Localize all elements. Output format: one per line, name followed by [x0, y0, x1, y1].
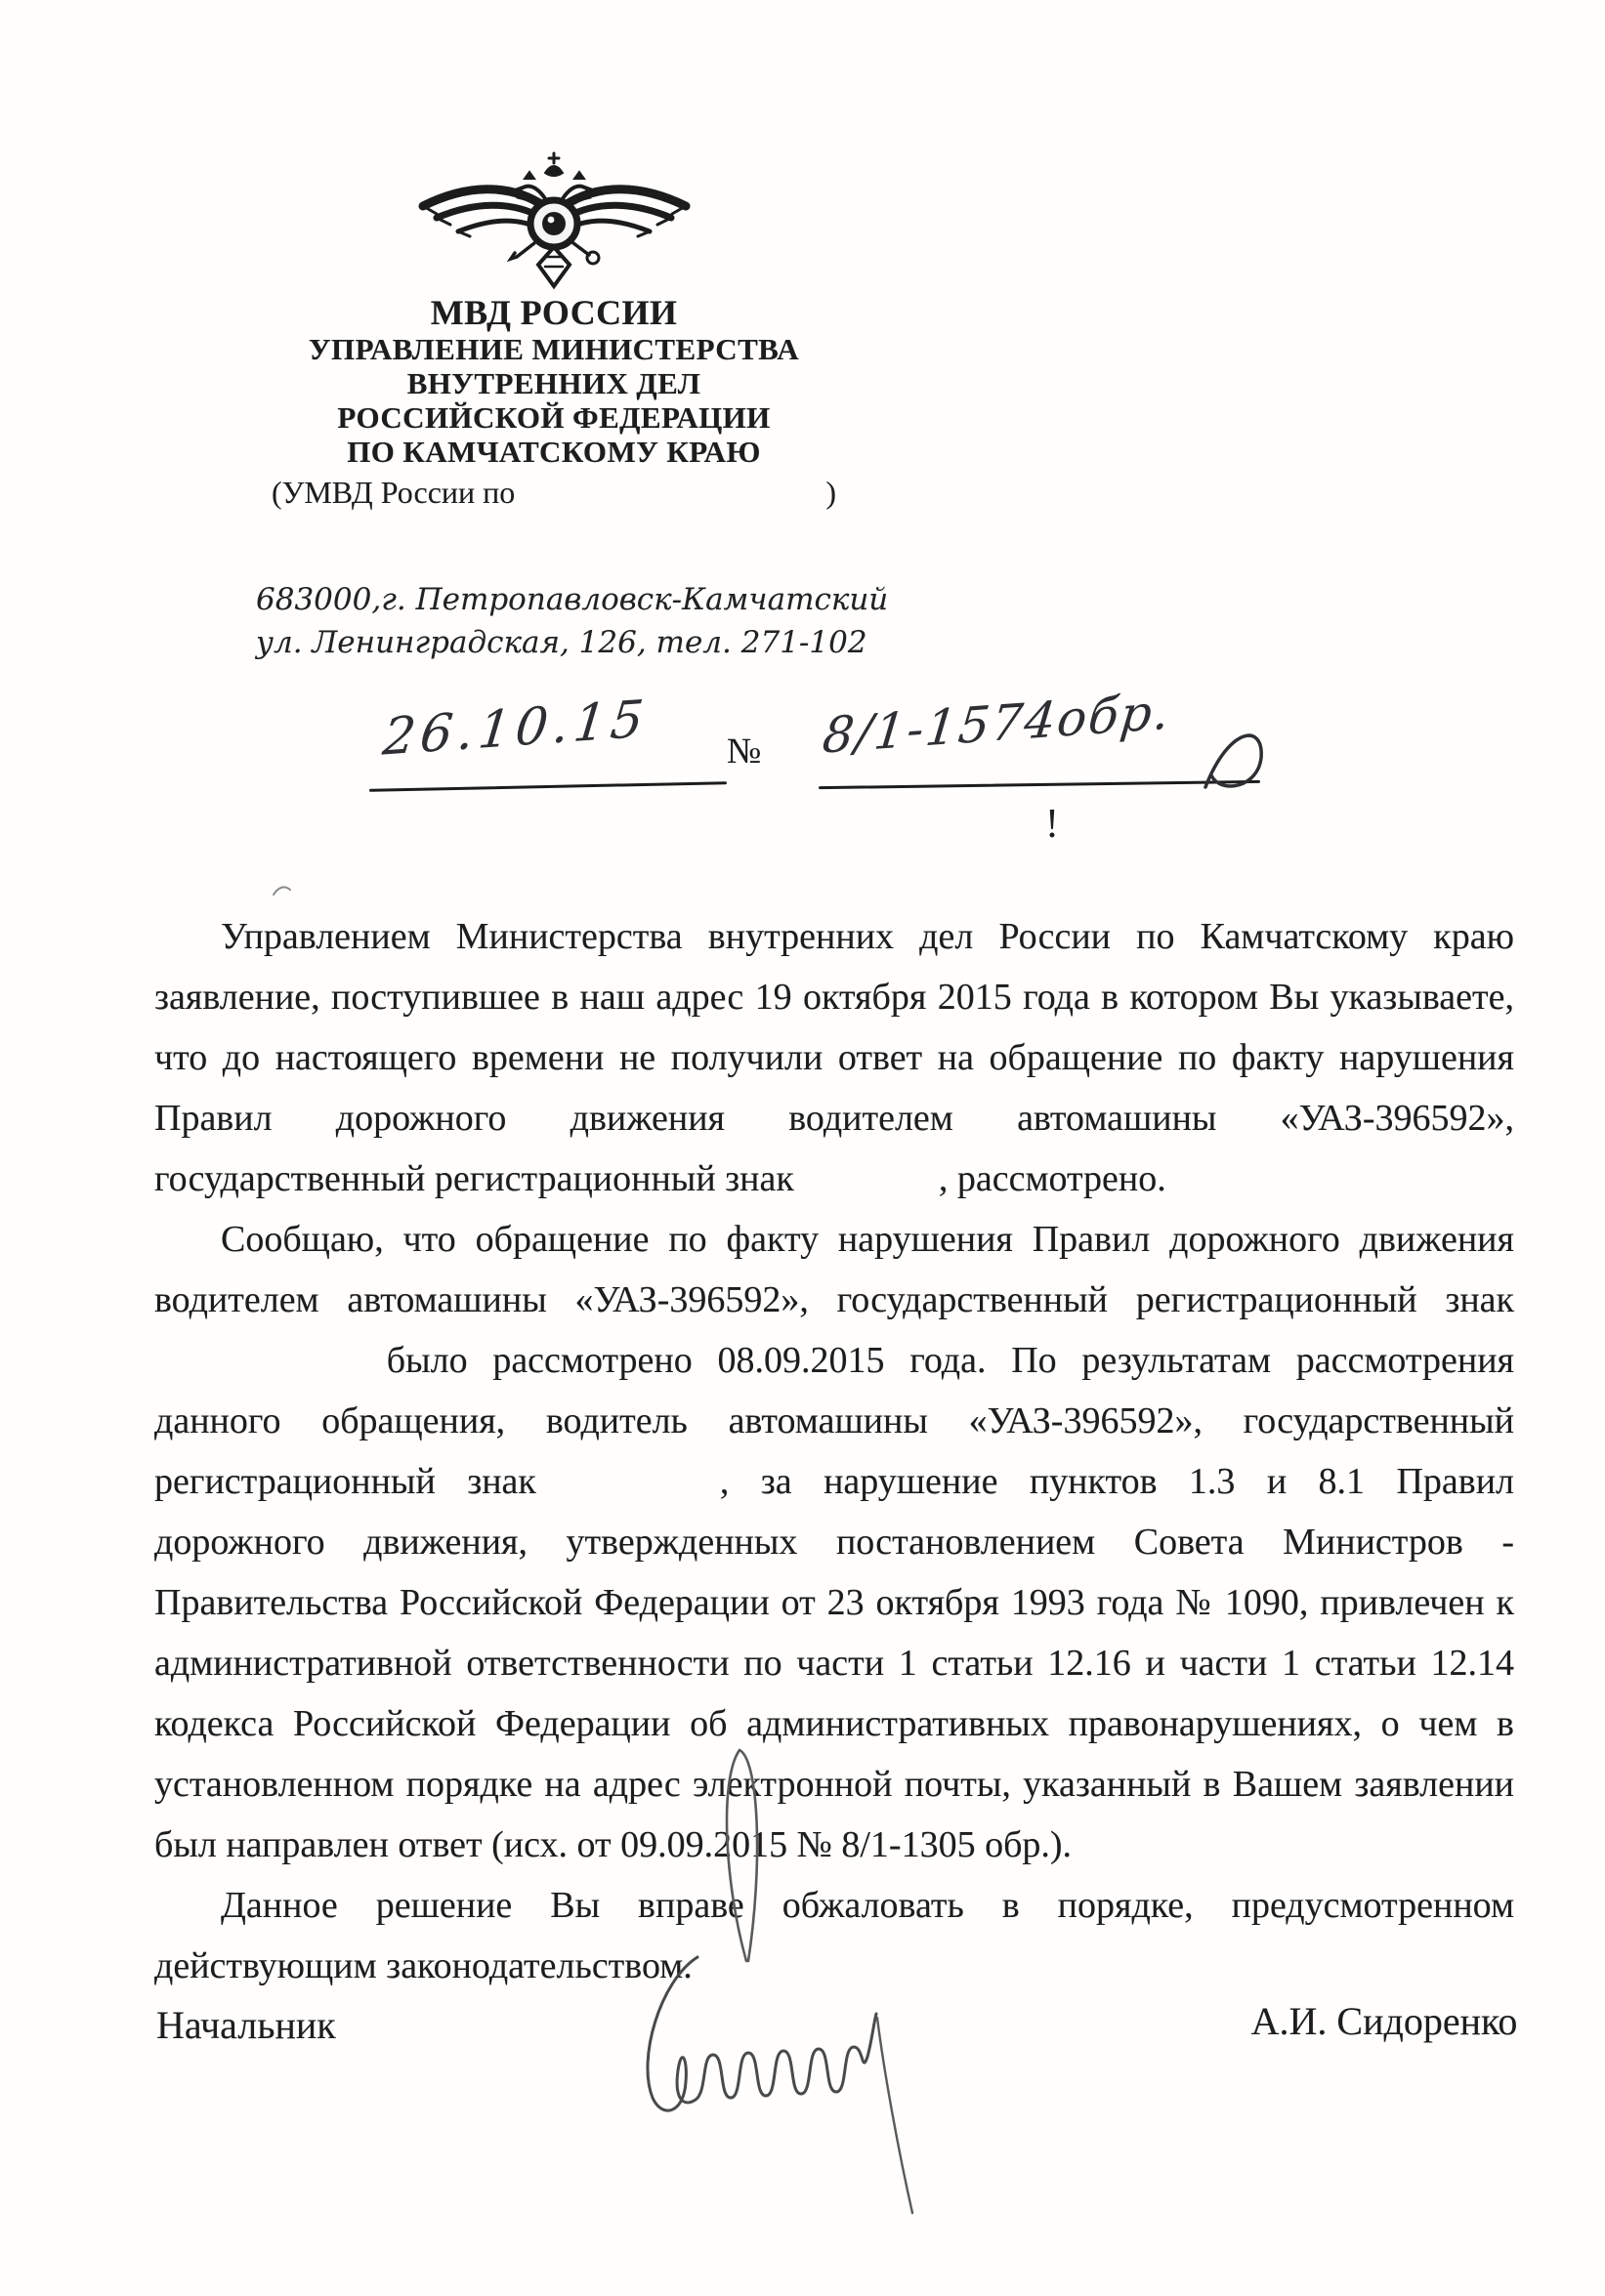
scanned-letter-page: МВД РОССИИ УПРАВЛЕНИЕ МИНИСТЕРСТВА ВНУТР…: [0, 0, 1605, 2296]
address-block: 683000,г. Петропавловск-Камчатский ул. Л…: [256, 578, 888, 664]
paragraph-text: , рассмотрено.: [939, 1158, 1166, 1199]
letterhead-line: ПО КАМЧАТСКОМУ КРАЮ: [272, 435, 836, 469]
ink-underline: [819, 780, 1260, 789]
letterhead-line: ВНУТРЕННИХ ДЕЛ: [272, 366, 836, 400]
paragraph-text: Данное решение Вы вправе обжаловать в по…: [154, 1885, 1514, 1986]
body-paragraph: Сообщаю, что обращение по факту нарушени…: [154, 1209, 1514, 1875]
salutation-mark: !: [1045, 801, 1059, 848]
letterhead-line: МВД РОССИИ: [272, 293, 836, 332]
ink-underline: [369, 781, 727, 792]
redacted-plate-gap: [154, 1371, 361, 1372]
signatory-name: А.И. Сидоренко: [1204, 1998, 1565, 2044]
redacted-plate-gap: [794, 1190, 939, 1190]
paragraph-text: Управлением Министерства внутренних дел …: [154, 916, 1514, 1199]
address-line: ул. Ленинградская, 126, тел. 271-102: [256, 621, 888, 664]
umvd-suffix: ): [825, 475, 836, 511]
umvd-prefix: (УМВД России по: [272, 475, 515, 511]
paragraph-text: , за нарушение пунктов 1.3 и 8.1 Правил …: [154, 1461, 1514, 1865]
letterhead: МВД РОССИИ УПРАВЛЕНИЕ МИНИСТЕРСТВА ВНУТР…: [272, 293, 836, 511]
number-sign: №: [727, 731, 761, 772]
body-paragraph: Данное решение Вы вправе обжаловать в по…: [154, 1875, 1514, 1996]
mvd-eagle-emblem-icon: [415, 145, 694, 293]
letter-body: Управлением Министерства внутренних дел …: [154, 906, 1514, 1996]
handwritten-date: 26.10.15: [380, 689, 651, 768]
handwritten-number: 8/1-1574обр.: [820, 683, 1173, 764]
letterhead-line: РОССИЙСКОЙ ФЕДЕРАЦИИ: [272, 400, 836, 435]
body-paragraph: Управлением Министерства внутренних дел …: [154, 906, 1514, 1209]
redacted-plate-gap: [536, 1492, 720, 1493]
umvd-abbreviation-line: (УМВД России по ): [272, 475, 836, 511]
paragraph-text: Сообщаю, что обращение по факту нарушени…: [154, 1219, 1514, 1320]
letterhead-line: УПРАВЛЕНИЕ МИНИСТЕРСТВА: [272, 332, 836, 366]
signatory-position: Начальник: [156, 2002, 336, 2048]
address-line: 683000,г. Петропавловск-Камчатский: [256, 578, 888, 621]
